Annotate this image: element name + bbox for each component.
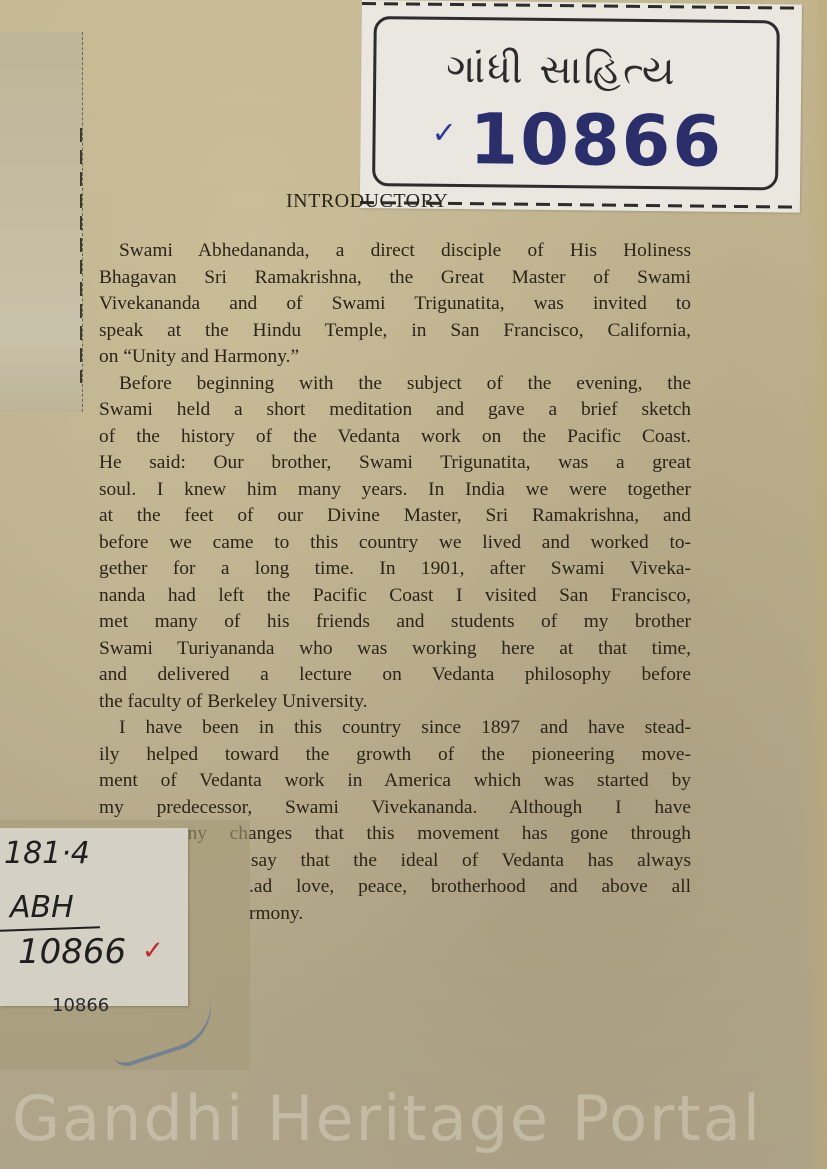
text-line: soul. I knew him many years. In India we… <box>99 477 691 504</box>
text-line: met many of his friends and students of … <box>99 609 691 636</box>
text-line: Before beginning with the subject of the… <box>99 371 691 398</box>
text-line: Vivekananda and of Swami Trigunatita, wa… <box>99 291 691 318</box>
left-strip-perforation <box>80 128 82 383</box>
stamp-border-box: ગાંધી સાહિત્ય ✓ 10866 <box>372 16 780 190</box>
text-line: speak at the Hindu Temple, in San Franci… <box>99 318 691 345</box>
library-stamp-label: ગાંધી સાહિત્ય ✓ 10866 <box>360 0 802 213</box>
watermark: Gandhi Heritage Portal <box>12 1082 762 1155</box>
text-line: on “Unity and Harmony.” <box>99 344 691 371</box>
text-line: gether for a long time. In 1901, after S… <box>99 556 691 583</box>
text-line: nanda had left the Pacific Coast I visit… <box>99 583 691 610</box>
author-code: ABH <box>10 890 74 925</box>
left-paper-strip <box>0 32 83 412</box>
text-line: ily helped toward the growth of the pion… <box>99 742 691 769</box>
paragraph-2: Before beginning with the subject of the… <box>99 371 691 716</box>
check-mark-icon: ✓ <box>431 116 457 151</box>
text-line: the faculty of Berkeley University. <box>99 689 691 716</box>
scanned-page: ગાંધી સાહિત્ય ✓ 10866 INTRODUCTORY Swami… <box>0 0 827 1169</box>
text-line: ment of Vedanta work in America which wa… <box>99 768 691 795</box>
catalog-label: 181·4 ABH 10866 ✓ <box>0 828 188 1006</box>
text-line: Swami Abhedananda, a direct disciple of … <box>99 238 691 265</box>
text-line: Swami Turiyananda who was working here a… <box>99 636 691 663</box>
text-line: Bhagavan Sri Ramakrishna, the Great Mast… <box>99 265 691 292</box>
text-line: I have been in this country since 1897 a… <box>99 715 691 742</box>
stamp-accession-number: 10866 <box>469 98 723 183</box>
partial-number-below-label: 10866 <box>52 995 109 1016</box>
stamp-library-name: ગાંધી સાહિત્ય <box>446 46 746 95</box>
text-line: my predecessor, Swami Vivekananda. Altho… <box>99 795 691 822</box>
text-line: He said: Our brother, Swami Trigunatita,… <box>99 450 691 477</box>
stamp-perforation-top <box>362 2 802 10</box>
text-line: before we came to this country we lived … <box>99 530 691 557</box>
text-line: of the history of the Vedanta work on th… <box>99 424 691 451</box>
page-heading: INTRODUCTORY <box>286 190 448 213</box>
accession-number: 10866 <box>18 932 126 972</box>
text-line: Swami held a short meditation and gave a… <box>99 397 691 424</box>
class-number: 181·4 <box>4 836 90 871</box>
text-line: at the feet of our Divine Master, Sri Ra… <box>99 503 691 530</box>
red-check-mark-icon: ✓ <box>142 936 164 966</box>
page-edge-stain <box>803 0 827 1169</box>
paragraph-1: Swami Abhedananda, a direct disciple of … <box>99 238 691 371</box>
text-line: and delivered a lecture on Vedanta philo… <box>99 662 691 689</box>
author-code-underline <box>0 926 100 931</box>
